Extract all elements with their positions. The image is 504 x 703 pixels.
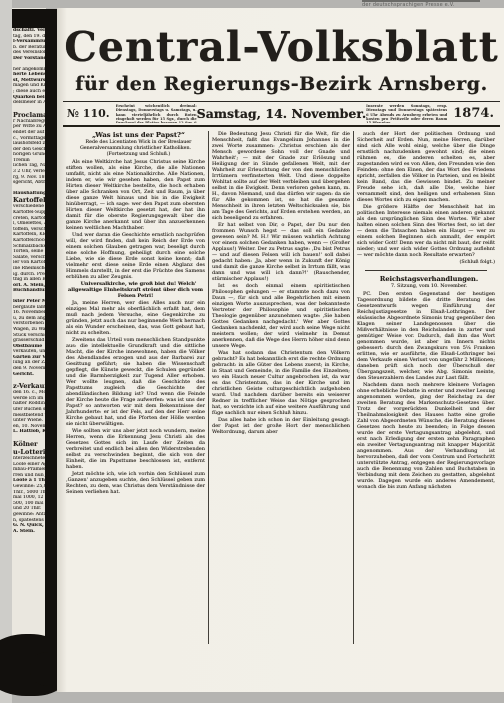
masthead: Central-Volksblatt für den Regierungs-Be… <box>63 24 500 95</box>
body-paragraph: Das alles habe ich schon in der Einleitu… <box>212 417 350 435</box>
scanned-newspaper-page: der deutschsprachigen Presse e.V. dschaf… <box>0 0 504 703</box>
cutoff-text-line: 16. November, Nachm. <box>13 310 45 316</box>
cutoff-text-line: unter Wiehe. <box>13 418 45 424</box>
cutoff-text-line: A. Stein. <box>13 529 45 535</box>
body-paragraph: Als eine Weltkirche hat Jesus Christus s… <box>66 159 205 231</box>
body-paragraph: Die größere Hälfte der Menschheit hat im… <box>357 204 495 258</box>
cutoff-text-line: endet der auf den <box>13 130 45 136</box>
issue-number: № 110. <box>65 107 116 120</box>
column-2: Die Bedeutung Jesu Christi für die Welt,… <box>208 131 353 644</box>
sec-head: Reichstagsverhandlungen. <box>357 275 495 283</box>
cutoff-text-line: nterzeichneten haben <box>13 456 45 462</box>
art-note: (Fortsetzung und Schluß.) <box>66 152 205 158</box>
issue-year: 1874. <box>447 106 498 121</box>
column-3: auch der Hort der politischen Ordnung un… <box>353 131 498 644</box>
newspaper-title: Central-Volksblatt <box>63 24 500 70</box>
cutoff-text-line: u-Lotterie <box>13 448 45 456</box>
cutoff-text-line: den 9. Novemb. 18. <box>13 366 45 372</box>
cutoff-text-line: thig in allen Buchh. <box>13 277 45 283</box>
scan-page-edge <box>0 0 12 703</box>
cutoff-text-line: G. N. Quick, <box>13 523 45 529</box>
body-paragraph: Nachdem dann noch mehrere kleinere Vorla… <box>357 382 495 490</box>
cutoff-text-line: L. Hattlob, K. F. <box>13 429 45 435</box>
archive-watermark: der deutschsprachigen Presse e.V. <box>348 0 498 8</box>
issue-date: Samstag, 14. November. <box>197 106 367 121</box>
cutoff-text-line: Buchhandlung. <box>13 288 45 294</box>
cutoff-text-line: Proclama. <box>13 111 45 119</box>
cutoff-text-line: Kartoffelchocoladen, <box>13 238 45 244</box>
cutoff-text-line: Kartoffel-Suppen, Sa- <box>13 210 45 216</box>
body-paragraph: Jetzt möchte ich, wie ich vorhin den Sch… <box>66 471 205 495</box>
cutoff-text-line: grässerschild nach O. <box>13 338 45 344</box>
cutoff-text-line: l-Versammlung <box>13 39 45 45</box>
adjacent-page-text: dschaftl. Ver—tag, den 19. d. M.l-Versam… <box>12 8 46 534</box>
advertising-notice: Inserate werden Sonntags, resp. Dienstag… <box>366 104 447 123</box>
newspaper-subtitle: für den Regierungs-Bezirk Arnsberg. <box>63 73 500 95</box>
cutoff-text-line: delsmeier in Arnsb. <box>13 100 45 106</box>
art-head: „Was ist uns der Papst?“ <box>66 131 205 139</box>
dateline-bar: № 110. Erscheint wöchentlich dreimal: Di… <box>63 101 500 127</box>
cutoff-text-line: Der Vorstand. <box>13 56 45 62</box>
cutoff-text-line: herte Lebensw. <box>13 72 45 78</box>
article-columns: „Was ist uns der Papst?“Rede des Licenti… <box>63 131 500 644</box>
cutoff-text-line: mbau-Prämien-Geld- <box>13 467 45 473</box>
cutoff-text-line: mal 1000, 12 mal <box>13 495 45 501</box>
cutoff-text-line: z-Verkauf. <box>13 382 45 390</box>
cutoff-text-line: ister Peter Müller <box>13 299 45 305</box>
cutoff-text-line: Kartoffelküche <box>13 196 45 204</box>
em: Universalkirche, wie groß bist du! Welch… <box>66 281 205 299</box>
body-paragraph: Ja, meine Herren, wer dies Alles auch nu… <box>66 300 205 336</box>
cutoff-text-line: gewinne: Anfangs- <box>13 512 45 518</box>
schluss: (Schluß folgt.) <box>357 259 495 265</box>
body-paragraph: Zweitens das Urteil vom menschlichen Sta… <box>66 337 205 427</box>
cutoff-text-line: sgericht, Abth. I. <box>13 180 45 186</box>
adjacent-page-fragment: dschaftl. Ver—tag, den 19. d. M.l-Versam… <box>12 8 46 656</box>
cutoff-text-line: l, Omelettes, Aufläu- <box>13 221 45 227</box>
body-paragraph: Was hat sodann das Christentum den Völke… <box>212 350 350 416</box>
cutoff-text-line: 3 2 Uhr, verlegt. <box>13 169 45 175</box>
cutoff-text-line: ufer Buchen stehe- <box>13 407 45 413</box>
body-paragraph: Er hat selbst von Dir, o Papst, der Du n… <box>212 222 350 282</box>
publication-notice: Erscheint wöchentlich dreimal: Dienstags… <box>116 104 197 123</box>
newspaper-page: Central-Volksblatt für den Regierungs-Be… <box>57 8 504 692</box>
body-paragraph: PC. Den ersten Gegenstand der heutigen T… <box>357 291 495 381</box>
cutoff-text-line: Torten, seine Butter- <box>13 249 45 255</box>
cutoff-text-line: Wagen, zu Wagenb. <box>13 327 45 333</box>
cutoff-text-line: Gewinne: 25,000 Th. <box>13 484 45 490</box>
sec-sub: 7. Sitzung, vom 10. November. <box>357 284 495 290</box>
cutoff-text-line: ; diese auch einge- <box>13 89 45 95</box>
body-paragraph: auch der Hort der politischen Ordnung un… <box>357 131 495 203</box>
cutoff-text-line: Kölner <box>13 440 45 448</box>
body-paragraph: Wie sollten wir uns aber jetzt noch wund… <box>66 428 205 470</box>
cutoff-text-line: ine Rheinische. 8. A. <box>13 266 45 272</box>
cutoff-text-line: dschaftl. Ver— <box>13 28 45 34</box>
cutoff-text-line: laushofsfeld zur An- <box>13 141 45 147</box>
art-sub: Rede des Licentiaten Wick in der Breslau… <box>66 140 205 151</box>
section-divider-rule <box>365 270 487 271</box>
column-1: „Was ist uns der Papst?“Rede des Licenti… <box>63 131 208 644</box>
body-paragraph: Ist es doch einmal einem spiritistischen… <box>212 283 350 349</box>
body-paragraph: Die Bedeutung Jesu Christi für die Welt,… <box>212 131 350 221</box>
body-paragraph: Und wer daran die Geschichte ernstlich n… <box>66 232 205 280</box>
